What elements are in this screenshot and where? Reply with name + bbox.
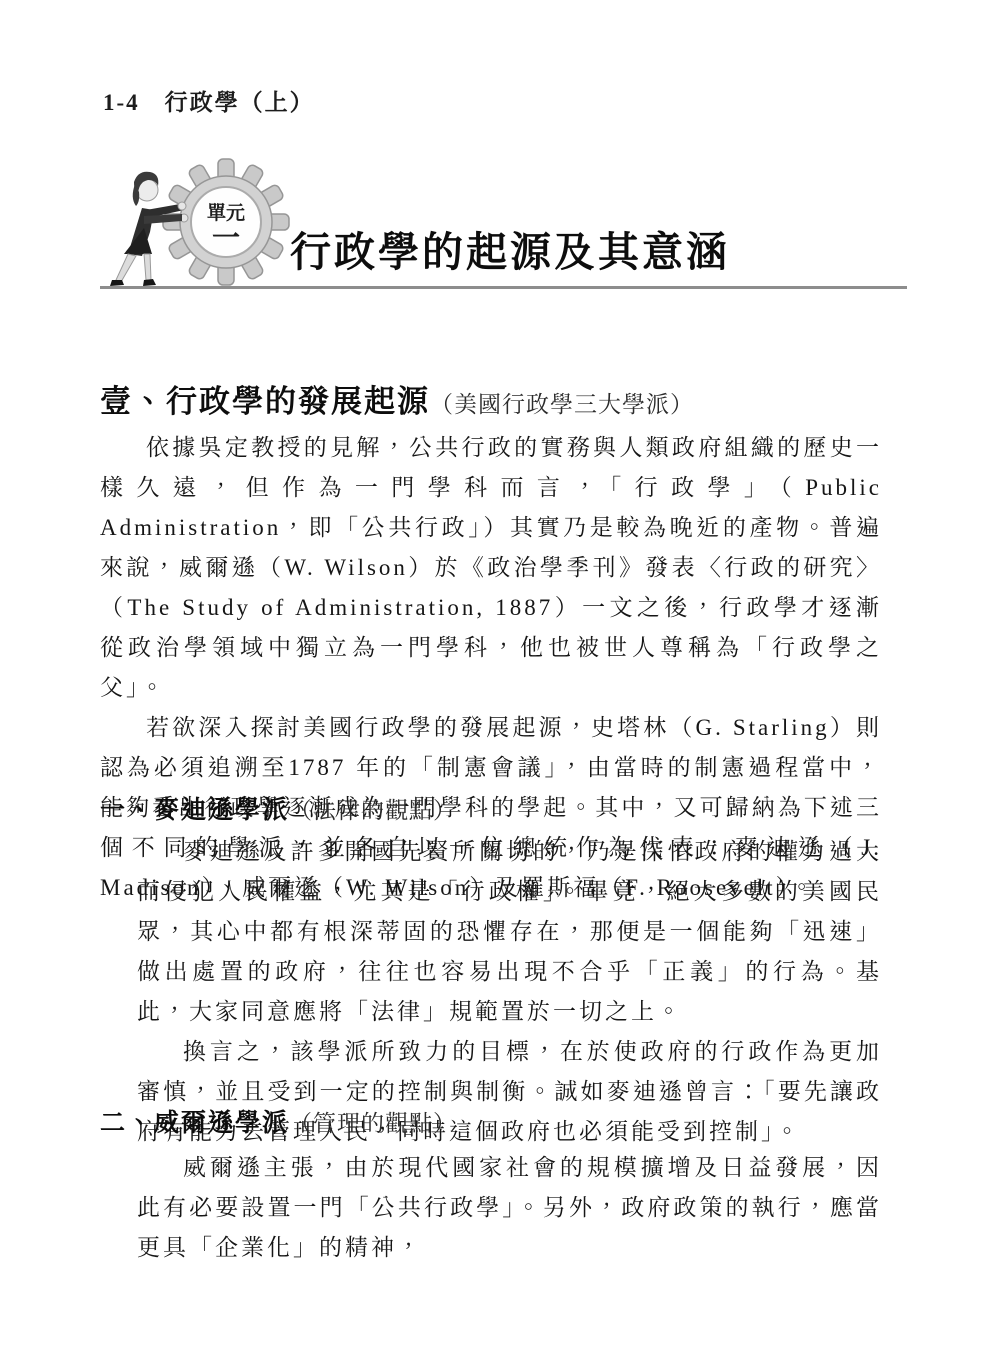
subsection-2-body: 威爾遜主張，由於現代國家社會的規模擴增及日益發展，因此有必要設置一門「公共行政學… — [137, 1148, 882, 1268]
section-heading-text: 壹、行政學的發展起源 — [100, 384, 430, 419]
unit-mascot-and-gear-illustration: 單元 一 — [94, 158, 306, 290]
unit-number-label: 一 — [212, 222, 240, 253]
section-heading-1: 壹、行政學的發展起源（美國行政學三大學派） — [100, 376, 694, 421]
subsection-heading-text: 一、麥迪遜學派 — [100, 796, 289, 824]
section-heading-note: （美國行政學三大學派） — [430, 392, 694, 417]
subsection-heading-1: 一、麥迪遜學派（法律的觀點） — [100, 790, 457, 826]
paragraph: 威爾遜主張，由於現代國家社會的規模擴增及日益發展，因此有必要設置一門「公共行政學… — [137, 1148, 882, 1268]
unit-word-label: 單元 — [207, 202, 245, 224]
subsection-heading-note: （管理的觀點） — [289, 1111, 457, 1136]
subsection-heading-note: （法律的觀點） — [289, 798, 457, 823]
subsection-heading-text: 二、威爾遜學派 — [100, 1109, 289, 1137]
page-header: 1-4 行政學（上） — [103, 84, 315, 117]
subsection-heading-2: 二、威爾遜學派（管理的觀點） — [100, 1103, 457, 1139]
unit-banner: 單元 一 — [100, 162, 907, 289]
gear-icon: 單元 一 — [163, 159, 289, 285]
unit-title: 行政學的起源及其意涵 — [290, 219, 730, 278]
textbook-page: 1-4 行政學（上） — [0, 0, 1000, 1353]
paragraph: 麥迪遜及許多開國先賢所關切的，乃是深怕政府的權力過大而侵犯人民權益，尤其是「行政… — [137, 832, 882, 1032]
paragraph: 依據吳定教授的見解，公共行政的實務與人類政府組織的歷史一樣久遠，但作為一門學科而… — [100, 428, 882, 708]
